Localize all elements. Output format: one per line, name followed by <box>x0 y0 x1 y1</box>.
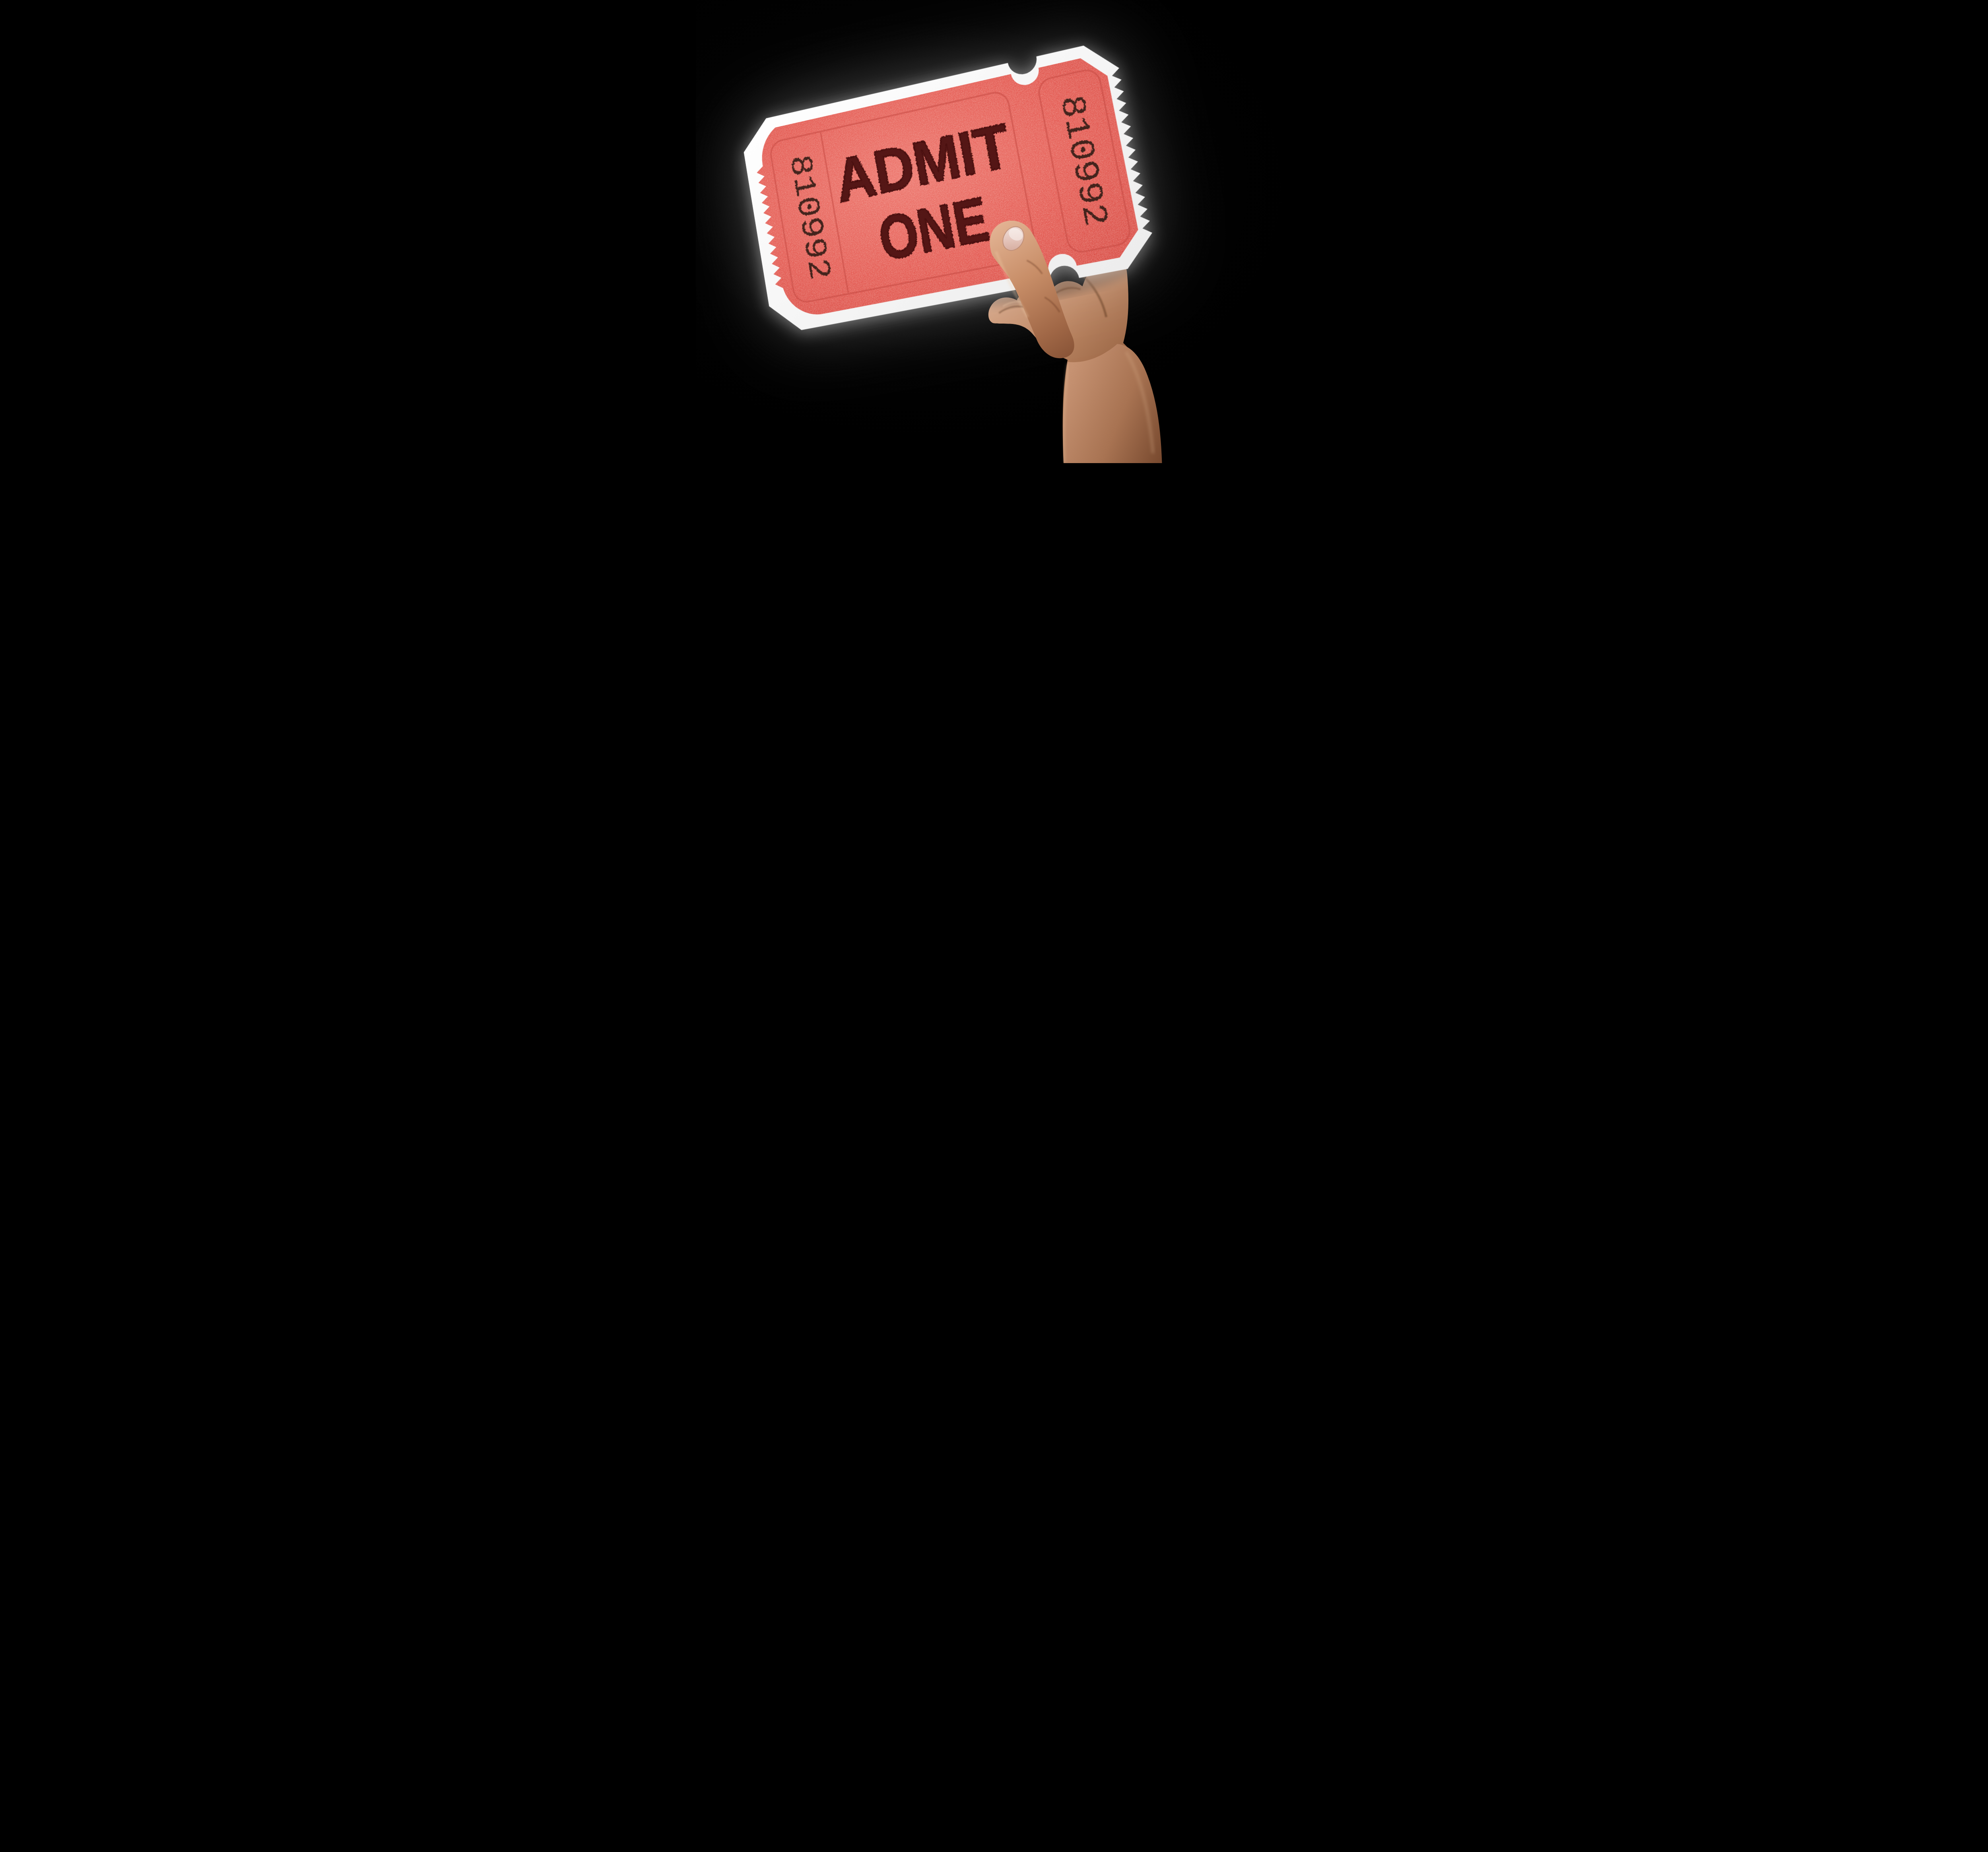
photo-scene: 810992 810992 ADMIT ONE <box>696 0 1292 463</box>
hand-front-layer <box>696 0 1292 463</box>
